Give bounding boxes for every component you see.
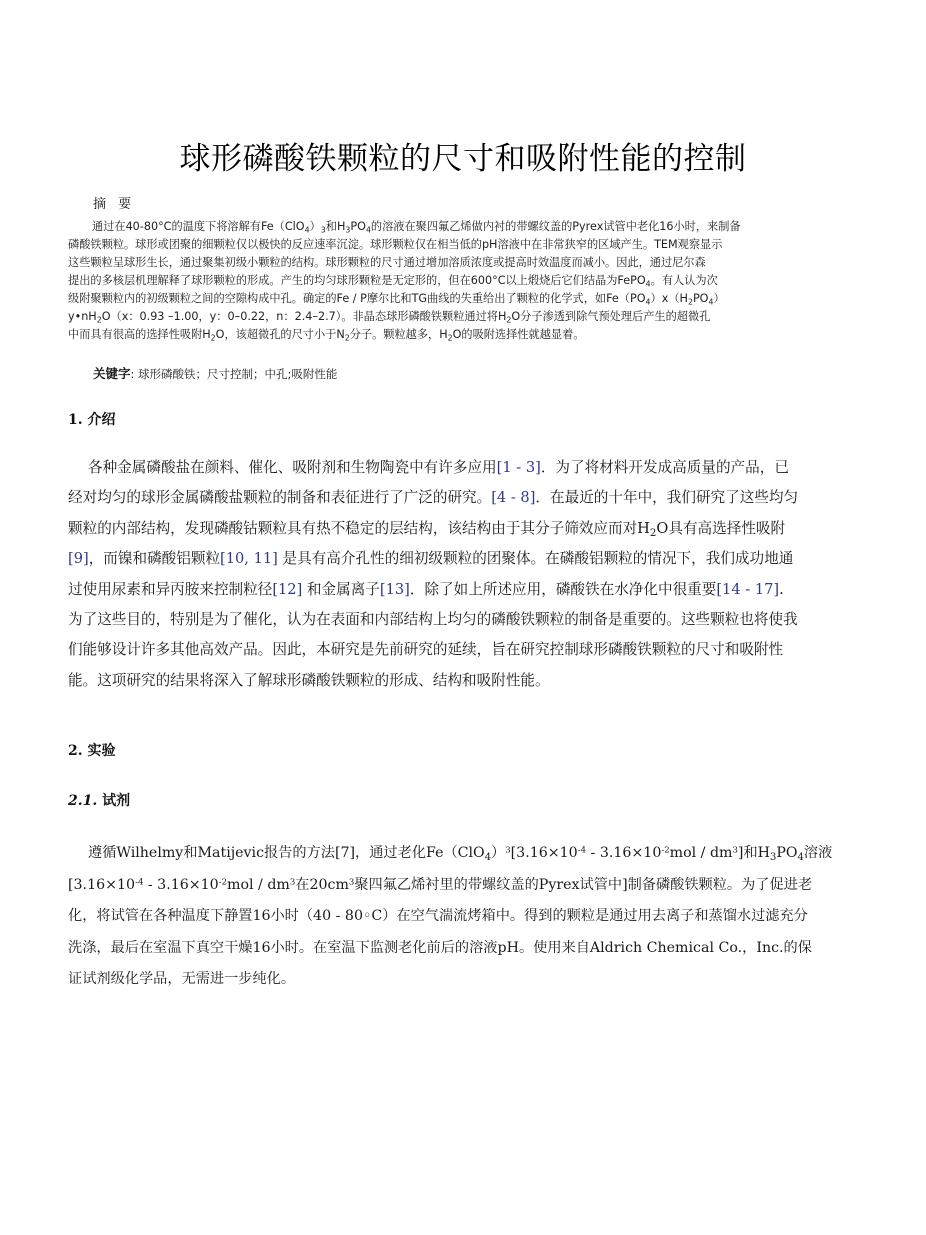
- text-run: PO: [693, 292, 709, 305]
- text-run: PO: [776, 845, 797, 861]
- citation-link[interactable]: [12]: [272, 581, 302, 598]
- text-line: 磷酸铁颗粒。球形或团聚的细颗粒仅以极快的反应速率沉淀。球形颗粒仅在相当低的pH溶…: [68, 236, 888, 254]
- citation-link[interactable]: [10, 11]: [220, 550, 278, 567]
- text-line: 各种金属磷酸盐在颜料、催化、吸附剂和生物陶瓷中有许多应用[1 - 3]．为了将材…: [68, 453, 888, 483]
- text-run: O具有高选择性吸附: [656, 520, 785, 537]
- text-run: mol / dm: [670, 845, 733, 861]
- text-run: [3.16×10: [511, 845, 578, 861]
- text-run: PO: [350, 220, 366, 233]
- text-run: ）: [713, 292, 724, 305]
- text-line: 提出的多核层机理解释了球形颗粒的形成。产生的均匀球形颗粒是无定形的，但在600°…: [68, 272, 888, 290]
- superscript: -4: [578, 845, 586, 855]
- text-line: [3.16×10-4 - 3.16×10-2mol / dm3在20cm3聚四氟…: [68, 870, 888, 902]
- text-run: ）: [310, 220, 321, 233]
- text-run: 是具有高介孔性的细初级颗粒的团聚体。在磷酸铝颗粒的情况下，我们成功地通: [278, 550, 793, 567]
- text-run: 遵循Wilhelmy和Matijevic报告的方法[7]，通过老化Fe（ClO: [88, 845, 485, 861]
- text-run: 在20cm: [295, 877, 349, 893]
- text-run: ．除了如上所述应用，磷酸铁在水净化中很重要: [410, 581, 716, 598]
- text-run: 能。这项研究的结果将深入了解球形磷酸铁颗粒的形成、结构和吸附性能。: [68, 672, 550, 689]
- document-page: 球形磷酸铁颗粒的尺寸和吸附性能的控制 摘 要 通过在40-80°C的温度下将溶解…: [0, 0, 926, 1235]
- text-run: 磷酸铁颗粒。球形或团聚的细颗粒仅以极快的反应速率沉淀。球形颗粒仅在相当低的pH溶…: [68, 238, 722, 251]
- abstract-heading: 摘 要: [93, 193, 135, 212]
- text-line: 级附聚颗粒内的初级颗粒之间的空隙构成中孔。确定的Fe / P摩尔比和TG曲线的失…: [68, 290, 888, 308]
- text-run: O的吸附选择性就越显着。: [453, 328, 585, 341]
- text-line: 这些颗粒呈球形生长，通过聚集初级小颗粒的结构。球形颗粒的尺寸通过增加溶质浓度或提…: [68, 254, 888, 272]
- text-run: 和金属离子: [302, 581, 380, 598]
- text-run: 各种金属磷酸盐在颜料、催化、吸附剂和生物陶瓷中有许多应用: [88, 459, 497, 476]
- text-run: 经对均匀的球形金属磷酸盐颗粒的制备和表征进行了广泛的研究。: [68, 489, 491, 506]
- text-run: 级附聚颗粒内的初级颗粒之间的空隙构成中孔。确定的Fe / P摩尔比和TG曲线的失…: [68, 292, 646, 305]
- intro-paragraph: 各种金属磷酸盐在颜料、催化、吸附剂和生物陶瓷中有许多应用[1 - 3]．为了将材…: [68, 453, 888, 696]
- subsection-heading-reagents: 2.1. 试剂: [68, 790, 130, 810]
- text-run: [3.16×10: [68, 877, 135, 893]
- text-run: 颗粒的内部结构，发现磷酸钴颗粒具有热不稳定的层结构，该结构由于其分子筛效应而对H: [68, 520, 650, 537]
- text-run: 分子。颗粒越多，H: [350, 328, 448, 341]
- text-run: 溶液: [804, 845, 832, 861]
- subsection-number: 2.1.: [68, 793, 97, 809]
- text-line: 遵循Wilhelmy和Matijevic报告的方法[7]，通过老化Fe（ClO4…: [68, 838, 888, 870]
- text-line: y•nH2O（x：0.93 –1.00，y：0–0.22，n：2.4–2.7）。…: [68, 308, 888, 326]
- citation-link[interactable]: [14 - 17]: [716, 581, 779, 598]
- keywords: 关键字: 球形磷酸铁；尺寸控制；中孔;吸附性能: [93, 364, 337, 382]
- text-line: 中而具有很高的选择性吸附H2O，该超微孔的尺寸小于N2分子。颗粒越多，H2O的吸…: [68, 326, 888, 344]
- text-run: 和H: [326, 220, 346, 233]
- citation-link[interactable]: [1 - 3]: [497, 459, 541, 476]
- subsection-title: 试剂: [102, 793, 130, 809]
- text-run: ．为了将材料开发成高质量的产品，已: [541, 459, 789, 476]
- text-run: 提出的多核层机理解释了球形颗粒的形成。产生的均匀球形颗粒是无定形的，但在600°…: [68, 274, 646, 287]
- text-run: 这些颗粒呈球形生长，通过聚集初级小颗粒的结构。球形颗粒的尺寸通过增加溶质浓度或提…: [68, 256, 706, 269]
- text-run: 化，将试管在各种温度下静置16小时（40 - 80◦C）在空气湍流烤箱中。得到的…: [68, 908, 808, 924]
- keywords-label: 关键字: [93, 366, 131, 381]
- text-run: ）: [491, 845, 505, 861]
- text-run: O，该超微孔的尺寸小于N: [216, 328, 345, 341]
- text-run: - 3.16×10: [143, 877, 218, 893]
- text-run: 洗涤，最后在室温下真空干燥16小时。在室温下监测老化前后的溶液pH。使用来自Al…: [68, 940, 812, 956]
- text-run: ]和H: [738, 845, 770, 861]
- superscript: -2: [219, 877, 227, 887]
- text-line: 为了这些目的，特别是为了催化，认为在表面和内部结构上均匀的磷酸铁颗粒的制备是重要…: [68, 605, 888, 635]
- text-line: 们能够设计许多其他高效产品。因此，本研究是先前研究的延续，旨在研究控制球形磷酸铁…: [68, 635, 888, 665]
- text-run: 证试剂级化学品，无需进一步纯化。: [68, 971, 295, 987]
- text-run: 的溶液在聚四氟乙烯做内衬的带螺纹盖的Pyrex试管中老化16小时，来制备: [371, 220, 741, 233]
- text-line: 证试剂级化学品，无需进一步纯化。: [68, 964, 888, 996]
- text-run: 为了这些目的，特别是为了催化，认为在表面和内部结构上均匀的磷酸铁颗粒的制备是重要…: [68, 611, 798, 628]
- text-run: O分子渗透到除气预处理后产生的超微孔: [511, 310, 710, 323]
- section-heading-intro: 1. 介绍: [68, 409, 116, 429]
- citation-link[interactable]: [4 - 8]: [491, 489, 535, 506]
- text-run: 聚四氟乙烯衬里的带螺纹盖的Pyrex试管中]制备磷酸铁颗粒。为了促进老: [354, 877, 812, 893]
- text-line: [9]，而镍和磷酸铝颗粒[10, 11] 是具有高介孔性的细初级颗粒的团聚体。在…: [68, 544, 888, 574]
- text-run: .: [779, 581, 784, 598]
- paper-title: 球形磷酸铁颗粒的尺寸和吸附性能的控制: [0, 133, 926, 178]
- superscript: -2: [661, 845, 669, 855]
- text-line: 化，将试管在各种温度下静置16小时（40 - 80◦C）在空气湍流烤箱中。得到的…: [68, 901, 888, 933]
- text-run: y•nH: [68, 310, 97, 323]
- text-run: - 3.16×10: [586, 845, 661, 861]
- text-line: 经对均匀的球形金属磷酸盐颗粒的制备和表征进行了广泛的研究。[4 - 8]．在最近…: [68, 483, 888, 513]
- abstract-body: 通过在40-80°C的温度下将溶解有Fe（ClO4）3和H3PO4的溶液在聚四氟…: [68, 218, 888, 344]
- keywords-value: : 球形磷酸铁；尺寸控制；中孔;吸附性能: [131, 367, 338, 381]
- section-heading-experiment: 2. 实验: [68, 740, 116, 760]
- reagents-paragraph: 遵循Wilhelmy和Matijevic报告的方法[7]，通过老化Fe（ClO4…: [68, 838, 888, 996]
- text-line: 洗涤，最后在室温下真空干燥16小时。在室温下监测老化前后的溶液pH。使用来自Al…: [68, 933, 888, 965]
- text-run: mol / dm: [227, 877, 290, 893]
- text-run: 们能够设计许多其他高效产品。因此，本研究是先前研究的延续，旨在研究控制球形磷酸铁…: [68, 641, 783, 658]
- text-run: 中而具有很高的选择性吸附H: [68, 328, 211, 341]
- text-line: 颗粒的内部结构，发现磷酸钴颗粒具有热不稳定的层结构，该结构由于其分子筛效应而对H…: [68, 514, 888, 544]
- text-run: 过使用尿素和异丙胺来控制粒径: [68, 581, 272, 598]
- text-line: 能。这项研究的结果将深入了解球形磷酸铁颗粒的形成、结构和吸附性能。: [68, 666, 888, 696]
- text-run: 通过在40-80°C的温度下将溶解有Fe（ClO: [92, 220, 305, 233]
- text-line: 过使用尿素和异丙胺来控制粒径[12] 和金属离子[13]．除了如上所述应用，磷酸…: [68, 575, 888, 605]
- text-run: ）x（H: [651, 292, 688, 305]
- citation-link[interactable]: [13]: [380, 581, 410, 598]
- text-line: 通过在40-80°C的温度下将溶解有Fe（ClO4）3和H3PO4的溶液在聚四氟…: [68, 218, 888, 236]
- citation-link[interactable]: [9]: [68, 550, 89, 567]
- text-run: 。有人认为次: [651, 274, 718, 287]
- text-run: ，而镍和磷酸铝颗粒: [89, 550, 220, 567]
- text-run: ．在最近的十年中，我们研究了这些均匀: [535, 489, 798, 506]
- text-run: O（x：0.93 –1.00，y：0–0.22，n：2.4–2.7）。非晶态球形…: [102, 310, 507, 323]
